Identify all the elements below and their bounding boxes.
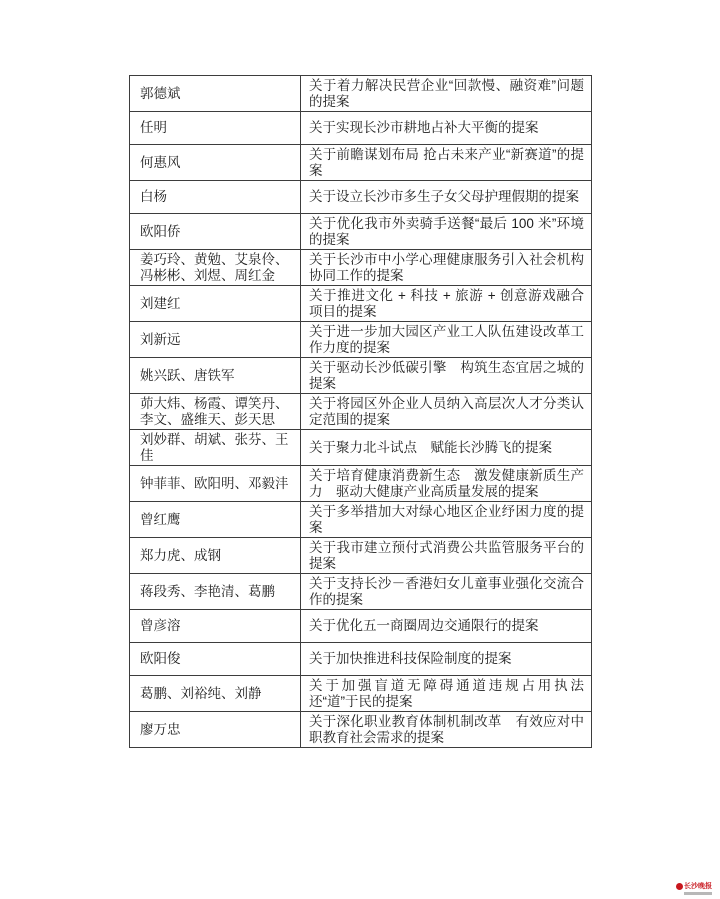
table-row: 郑力虎、成钢 关于我市建立预付式消费公共监管服务平台的提案 <box>130 538 592 574</box>
proposer-cell: 廖万忠 <box>130 712 301 748</box>
table-row: 茆大炜、杨霞、谭笑丹、李文、盛维天、彭天思 关于将园区外企业人员纳入高层次人才分… <box>130 394 592 430</box>
proposal-title-cell: 关于支持长沙－香港妇女儿童事业强化交流合作的提案 <box>301 574 592 610</box>
publisher-watermark: 长沙晚报 <box>676 881 716 895</box>
proposer-cell: 郑力虎、成钢 <box>130 538 301 574</box>
proposal-title-cell: 关于优化我市外卖骑手送餐“最后 100 米”环境的提案 <box>301 214 592 250</box>
proposal-title-cell: 关于多举措加大对绿心地区企业纾困力度的提案 <box>301 502 592 538</box>
proposal-table-body: 郭德斌 关于着力解决民营企业“回款慢、融资难”问题的提案 任明 关于实现长沙市耕… <box>130 76 592 748</box>
proposer-cell: 钟菲菲、欧阳明、邓毅沣 <box>130 466 301 502</box>
proposal-title-cell: 关于加快推进科技保险制度的提案 <box>301 643 592 676</box>
proposer-cell: 曾彦溶 <box>130 610 301 643</box>
proposal-title-cell: 关于我市建立预付式消费公共监管服务平台的提案 <box>301 538 592 574</box>
proposer-cell: 郭德斌 <box>130 76 301 112</box>
proposal-table-container: 郭德斌 关于着力解决民营企业“回款慢、融资难”问题的提案 任明 关于实现长沙市耕… <box>129 75 591 748</box>
table-row: 任明 关于实现长沙市耕地占补大平衡的提案 <box>130 112 592 145</box>
proposal-title-cell: 关于实现长沙市耕地占补大平衡的提案 <box>301 112 592 145</box>
proposer-cell: 刘建红 <box>130 286 301 322</box>
proposer-cell: 蒋段秀、李艳清、葛鹏 <box>130 574 301 610</box>
proposer-cell: 葛鹏、刘裕纯、刘静 <box>130 676 301 712</box>
table-row: 欧阳俊 关于加快推进科技保险制度的提案 <box>130 643 592 676</box>
proposal-title-cell: 关于加强盲道无障碍通道违规占用执法 还“道”于民的提案 <box>301 676 592 712</box>
proposer-cell: 何惠风 <box>130 145 301 181</box>
proposal-title-cell: 关于优化五一商圈周边交通限行的提案 <box>301 610 592 643</box>
proposal-title-cell: 关于将园区外企业人员纳入高层次人才分类认定范围的提案 <box>301 394 592 430</box>
table-row: 曾红鹰 关于多举措加大对绿心地区企业纾困力度的提案 <box>130 502 592 538</box>
table-row: 钟菲菲、欧阳明、邓毅沣 关于培育健康消费新生态 激发健康新质生产力 驱动大健康产… <box>130 466 592 502</box>
proposal-title-cell: 关于培育健康消费新生态 激发健康新质生产力 驱动大健康产业高质量发展的提案 <box>301 466 592 502</box>
table-row: 白杨 关于设立长沙市多生子女父母护理假期的提案 <box>130 181 592 214</box>
table-row: 欧阳侨 关于优化我市外卖骑手送餐“最后 100 米”环境的提案 <box>130 214 592 250</box>
table-row: 姜巧玲、黄勉、艾泉伶、冯彬彬、刘煜、周红金 关于长沙市中小学心理健康服务引入社会… <box>130 250 592 286</box>
proposal-title-cell: 关于设立长沙市多生子女父母护理假期的提案 <box>301 181 592 214</box>
proposer-cell: 姚兴跃、唐铁军 <box>130 358 301 394</box>
watermark-logo-row: 长沙晚报 <box>676 881 716 891</box>
table-row: 廖万忠 关于深化职业教育体制机制改革 有效应对中职教育社会需求的提案 <box>130 712 592 748</box>
table-row: 刘妙群、胡斌、张芬、王佳 关于聚力北斗试点 赋能长沙腾飞的提案 <box>130 430 592 466</box>
proposer-cell: 姜巧玲、黄勉、艾泉伶、冯彬彬、刘煜、周红金 <box>130 250 301 286</box>
proposal-table: 郭德斌 关于着力解决民营企业“回款慢、融资难”问题的提案 任明 关于实现长沙市耕… <box>129 75 592 748</box>
proposer-cell: 欧阳侨 <box>130 214 301 250</box>
proposer-cell: 欧阳俊 <box>130 643 301 676</box>
proposer-cell: 任明 <box>130 112 301 145</box>
proposer-cell: 刘妙群、胡斌、张芬、王佳 <box>130 430 301 466</box>
proposal-title-cell: 关于长沙市中小学心理健康服务引入社会机构协同工作的提案 <box>301 250 592 286</box>
proposer-cell: 白杨 <box>130 181 301 214</box>
table-row: 蒋段秀、李艳清、葛鹏 关于支持长沙－香港妇女儿童事业强化交流合作的提案 <box>130 574 592 610</box>
proposal-title-cell: 关于推进文化 + 科技 + 旅游 + 创意游戏融合项目的提案 <box>301 286 592 322</box>
table-row: 葛鹏、刘裕纯、刘静 关于加强盲道无障碍通道违规占用执法 还“道”于民的提案 <box>130 676 592 712</box>
table-row: 刘建红 关于推进文化 + 科技 + 旅游 + 创意游戏融合项目的提案 <box>130 286 592 322</box>
table-row: 曾彦溶 关于优化五一商圈周边交通限行的提案 <box>130 610 592 643</box>
proposer-cell: 茆大炜、杨霞、谭笑丹、李文、盛维天、彭天思 <box>130 394 301 430</box>
table-row: 刘新远 关于进一步加大园区产业工人队伍建设改革工作力度的提案 <box>130 322 592 358</box>
table-row: 郭德斌 关于着力解决民营企业“回款慢、融资难”问题的提案 <box>130 76 592 112</box>
table-row: 何惠风 关于前瞻谋划布局 抢占未来产业“新赛道”的提案 <box>130 145 592 181</box>
table-row: 姚兴跃、唐铁军 关于驱动长沙低碳引擎 构筑生态宜居之城的提案 <box>130 358 592 394</box>
proposer-cell: 刘新远 <box>130 322 301 358</box>
proposal-title-cell: 关于前瞻谋划布局 抢占未来产业“新赛道”的提案 <box>301 145 592 181</box>
proposal-title-cell: 关于进一步加大园区产业工人队伍建设改革工作力度的提案 <box>301 322 592 358</box>
proposal-title-cell: 关于着力解决民营企业“回款慢、融资难”问题的提案 <box>301 76 592 112</box>
proposal-title-cell: 关于驱动长沙低碳引擎 构筑生态宜居之城的提案 <box>301 358 592 394</box>
proposer-cell: 曾红鹰 <box>130 502 301 538</box>
newspaper-logo-icon <box>676 883 683 890</box>
proposal-title-cell: 关于深化职业教育体制机制改革 有效应对中职教育社会需求的提案 <box>301 712 592 748</box>
watermark-subtext-bar <box>684 892 712 895</box>
watermark-logo-text: 长沙晚报 <box>684 881 712 891</box>
proposal-title-cell: 关于聚力北斗试点 赋能长沙腾飞的提案 <box>301 430 592 466</box>
